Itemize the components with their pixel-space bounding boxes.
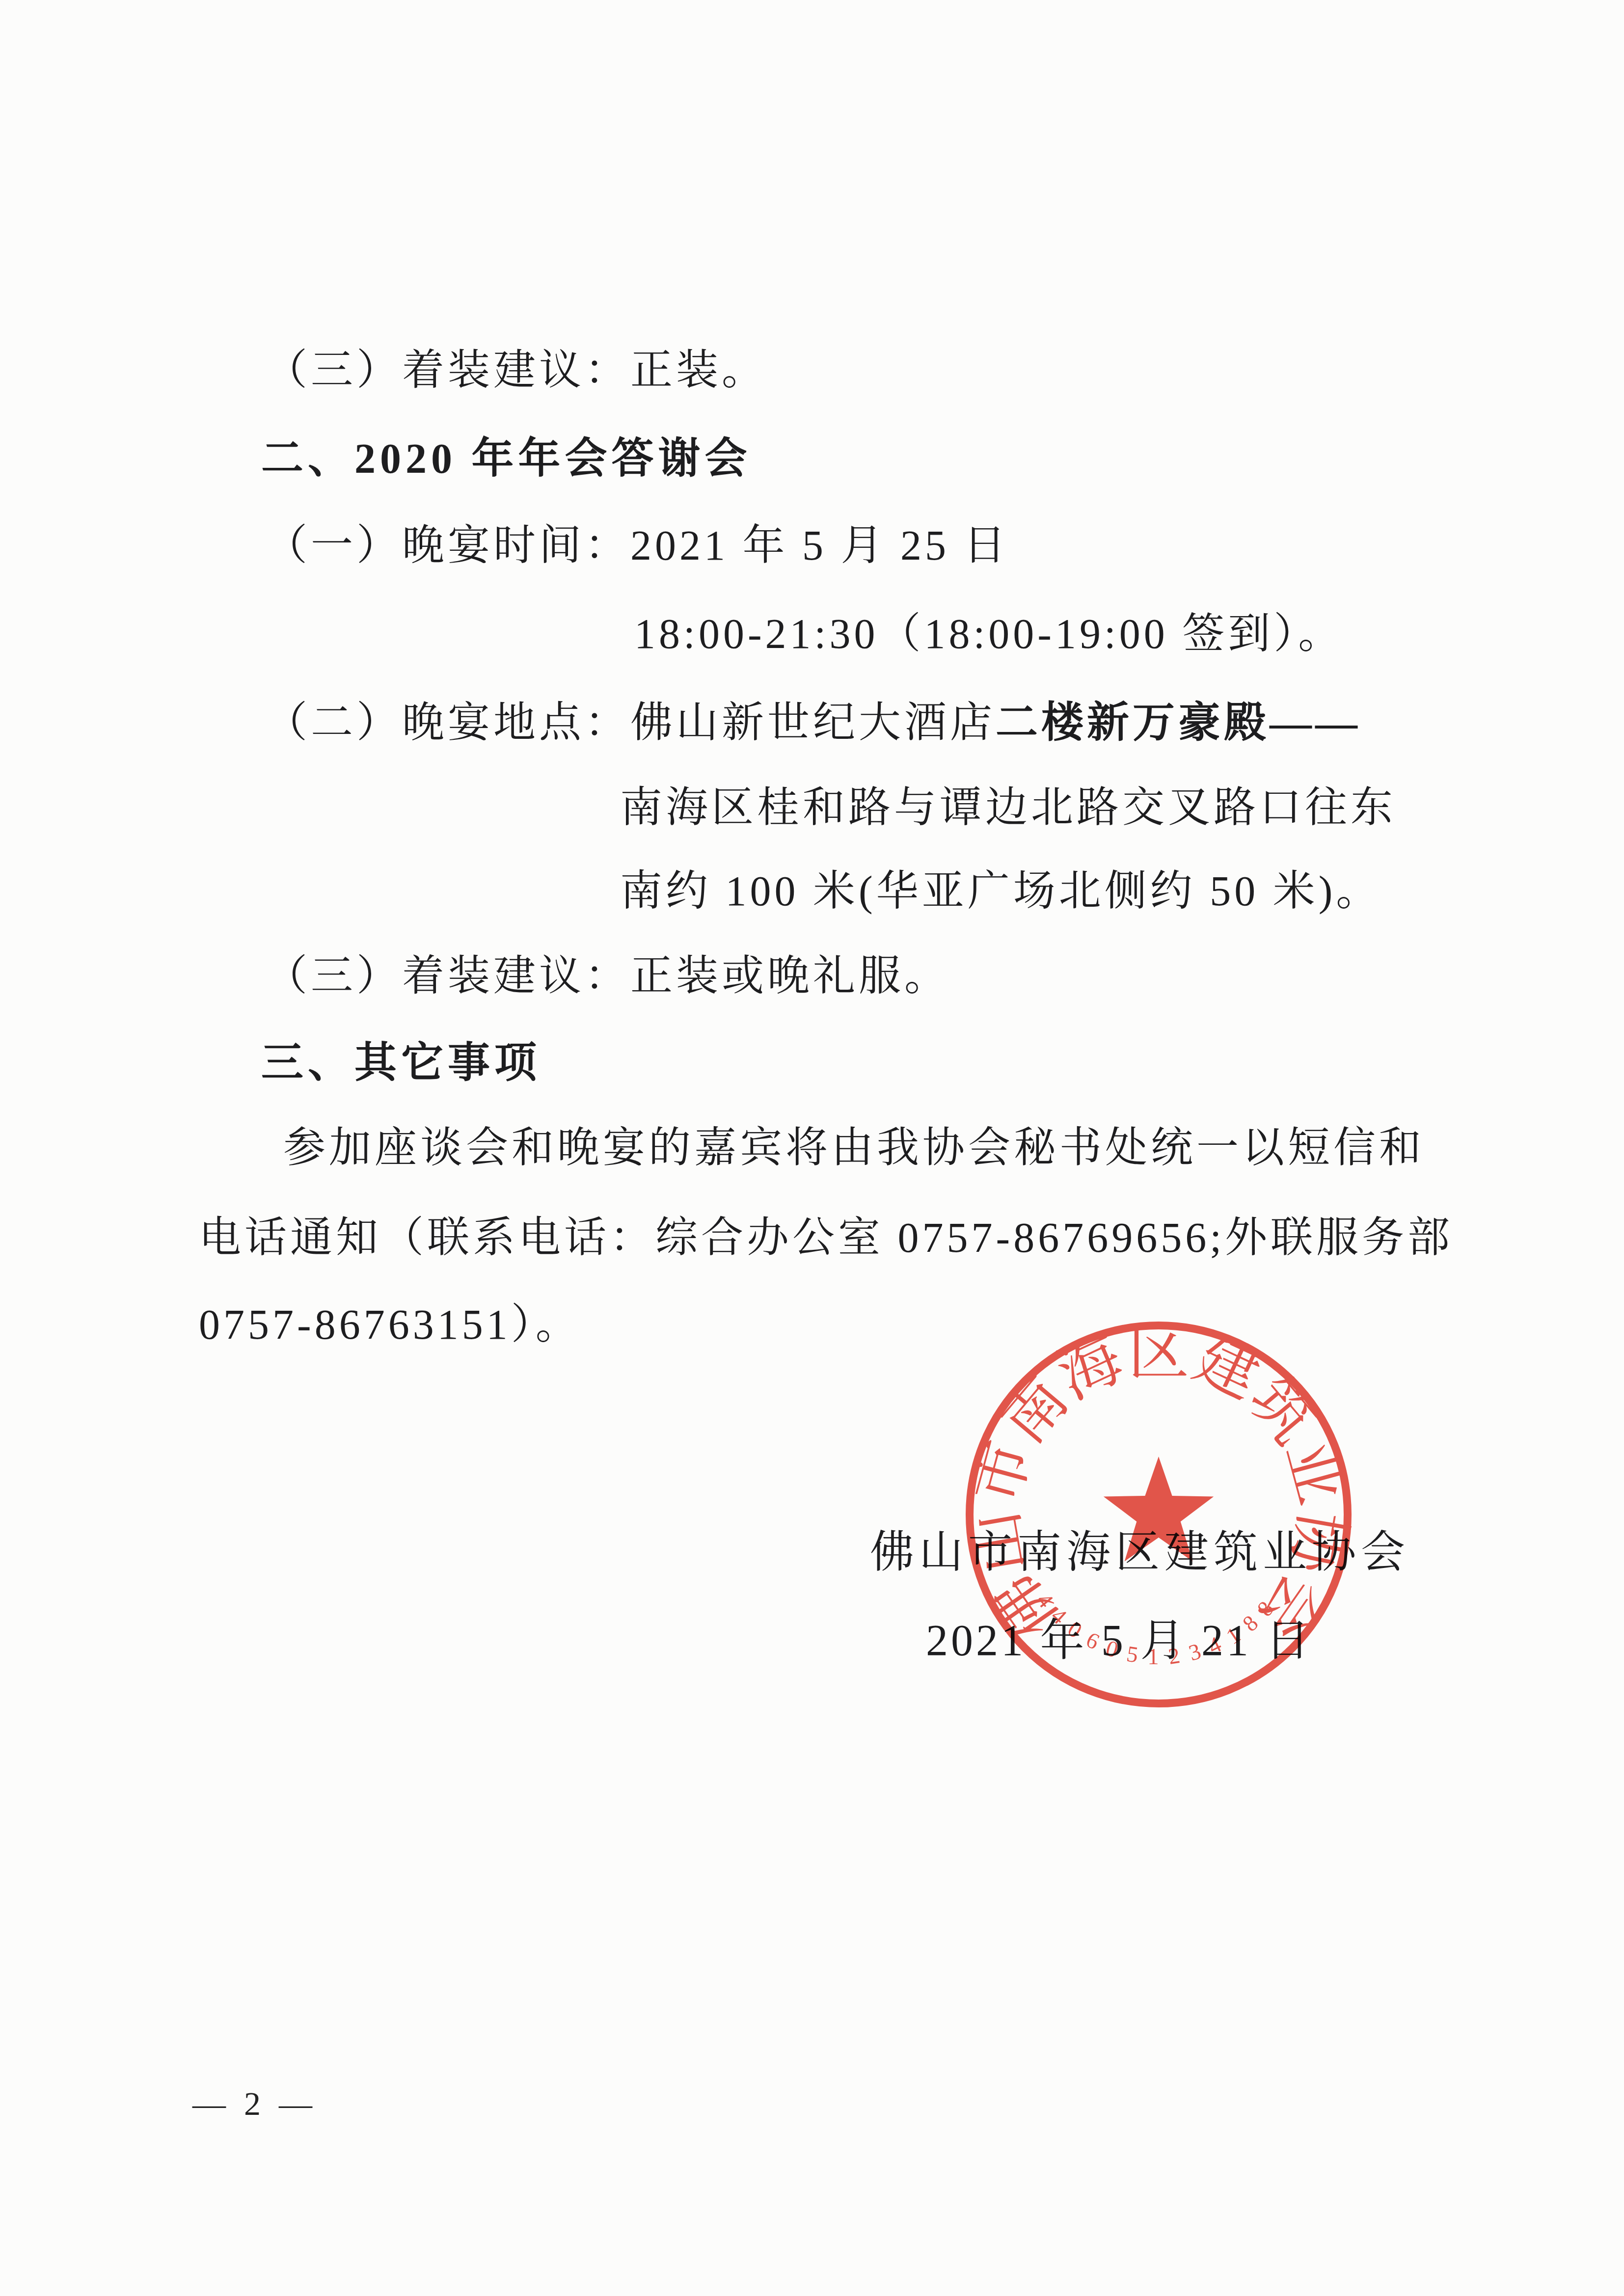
venue-text: （二）晚宴地点：佛山新世纪大酒店 [265,699,996,746]
notice-paragraph-line2: 电话通知（联系电话：综合办公室 0757-86769656;外联服务部 [199,1214,1453,1261]
clause-banquet-time: （一）晚宴时间：2021 年 5 月 25 日 [265,522,1009,569]
seal-arc-text: 佛山市南海区建筑业协会 [962,1320,1355,1651]
clause-banquet-venue: （二）晚宴地点：佛山新世纪大酒店二楼新万豪殿—— [265,699,1361,746]
section-heading-other: 三、其它事项 [261,1039,541,1086]
signature-organization: 佛山市南海区建筑业协会 [870,1516,1410,1580]
notice-paragraph-line1: 参加座谈会和晚宴的嘉宾将由我协会秘书处统一以短信和 [283,1124,1425,1171]
signature-date: 2021 年 5 月 21 日 [926,1604,1313,1668]
venue-hall-bold: 二楼新万豪殿—— [996,699,1361,746]
section-heading-banquet: 二、2020 年年会答谢会 [261,435,752,482]
clause-dress-code-forum: （三）着装建议：正装。 [265,347,767,394]
page-number: — 2 — [192,2084,317,2123]
notice-paragraph-line3: 0757-86763151）。 [199,1301,581,1348]
document-page: （三）着装建议：正装。 二、2020 年年会答谢会 （一）晚宴时间：2021 年… [0,0,1624,2296]
banquet-time-detail: 18:00-21:30（18:00-19:00 签到）。 [634,610,1344,657]
venue-address-line2: 南约 100 米(华亚广场北侧约 50 米)。 [620,867,1381,915]
venue-address-line1: 南海区桂和路与谭边北路交叉路口往东 [620,784,1396,831]
clause-dress-code-banquet: （三）着装建议：正装或晚礼服。 [265,952,950,999]
